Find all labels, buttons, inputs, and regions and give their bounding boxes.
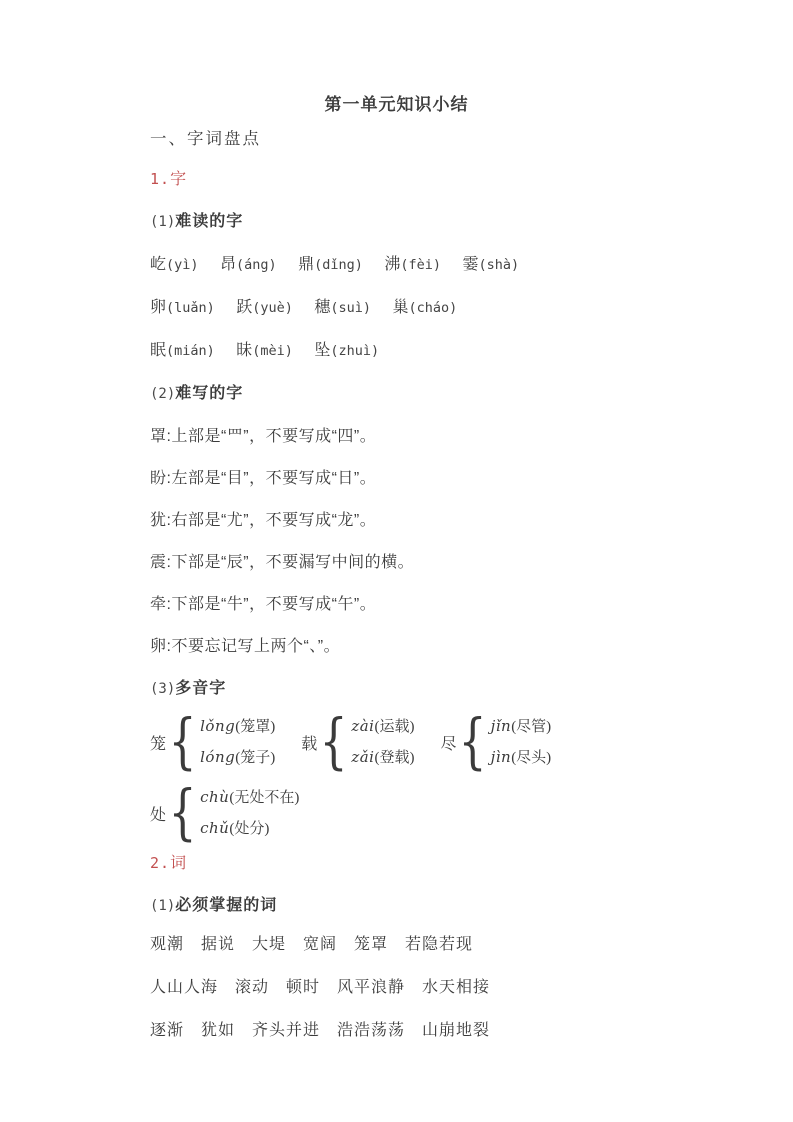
char-entry: 昂(áng) (220, 256, 277, 273)
pronunciation-option: chù(无处不在) (200, 782, 299, 813)
write-tip-line: 震:下部是“辰”，不要漏写中间的横。 (150, 554, 683, 571)
pinyin: (zhuì) (330, 343, 379, 359)
hanzi: 鼎 (298, 256, 314, 273)
char-entry: 巢(cháo) (392, 299, 457, 316)
part-label: 必须掌握的词 (175, 897, 277, 914)
brace-glyph: { (168, 708, 196, 777)
hard-read-row: 眠(mián) 昧(mèi) 坠(zhuì) (150, 342, 683, 360)
hanzi: 沸 (384, 256, 400, 273)
part-heading-hard-to-write: (2)难写的字 (150, 385, 683, 403)
hanzi: 霎 (462, 256, 478, 273)
pinyin: (suì) (330, 300, 371, 316)
char-entry: 眠(mián) (150, 342, 215, 359)
write-tip-line: 卵:不要忘记写上两个“、”。 (150, 638, 683, 655)
hard-read-row: 卵(luǎn) 跃(yuè) 穗(suì) 巢(cháo) (150, 299, 683, 317)
part-heading-hard-to-read: (1)难读的字 (150, 213, 683, 231)
pinyin: chù (200, 788, 229, 806)
hanzi: 屹 (150, 256, 166, 273)
brace-glyph: { (168, 779, 196, 848)
example-word: (无处不在) (229, 790, 299, 806)
hanzi: 昂 (220, 256, 236, 273)
word-list-row: 人山人海 滚动 顿时 风平浪静 水天相接 (150, 979, 683, 996)
part-label: 难写的字 (175, 385, 243, 402)
hanzi: 卵 (150, 299, 166, 316)
pinyin: jǐn (491, 717, 512, 735)
write-tip-line: 牵:下部是“牛”，不要写成“午”。 (150, 596, 683, 613)
polyphone-hanzi: 尽 (440, 731, 456, 754)
pinyin: (yì) (166, 257, 199, 273)
pinyin: (mián) (166, 343, 215, 359)
example-word: (尽头) (511, 750, 551, 766)
part-heading-polyphone: (3)多音字 (150, 680, 683, 698)
example-word: (尽管) (511, 719, 551, 735)
pinyin: lóng (200, 748, 235, 766)
polyphone-group: 处 { chù(无处不在) chǔ(处分) (150, 782, 299, 844)
pinyin: zǎi (351, 748, 374, 766)
polyphone-row: 笼 { lǒng(笼罩) lóng(笼子) 载 { zài(运载) zǎi(登载… (150, 711, 683, 773)
hanzi: 坠 (314, 342, 330, 359)
pronunciation-option: chǔ(处分) (200, 813, 299, 844)
page-title: 第一单元知识小结 (110, 96, 683, 114)
hard-read-row: 屹(yì) 昂(áng) 鼎(dǐng) 沸(fèi) 霎(shà) (150, 256, 683, 274)
hanzi: 巢 (392, 299, 408, 316)
example-word: (笼罩) (235, 719, 275, 735)
polyphone-group: 尽 { jǐn(尽管) jìn(尽头) (440, 711, 551, 773)
example-word: (运载) (374, 719, 414, 735)
pronunciation-option: zǎi(登载) (351, 742, 414, 773)
hanzi: 跃 (236, 299, 252, 316)
pinyin: (shà) (478, 257, 519, 273)
part-label: 难读的字 (175, 213, 243, 230)
document-page: 第一单元知识小结 一、字词盘点 1.字 (1)难读的字 屹(yì) 昂(áng)… (0, 0, 793, 1122)
pinyin: zài (351, 717, 374, 735)
part-number: (1) (150, 898, 175, 914)
char-entry: 穗(suì) (314, 299, 371, 316)
char-entry: 屹(yì) (150, 256, 199, 273)
hanzi: 穗 (314, 299, 330, 316)
write-tip-line: 犹:右部是“尤”，不要写成“龙”。 (150, 512, 683, 529)
subsection-2-number: 2. (150, 854, 170, 872)
pinyin: (cháo) (408, 300, 457, 316)
polyphone-hanzi: 笼 (150, 731, 166, 754)
polyphone-group: 笼 { lǒng(笼罩) lóng(笼子) (150, 711, 275, 773)
polyphone-hanzi: 载 (301, 731, 317, 754)
pronunciation-option: jǐn(尽管) (491, 711, 552, 742)
part-number: (1) (150, 214, 175, 230)
pronunciation-option: lóng(笼子) (200, 742, 275, 773)
subsection-2-label: 词 (170, 855, 187, 872)
pronunciation-option: zài(运载) (351, 711, 414, 742)
pinyin: (fèi) (400, 257, 441, 273)
char-entry: 沸(fèi) (384, 256, 441, 273)
brace-glyph: { (459, 708, 487, 777)
brace-glyph: { (320, 708, 348, 777)
hanzi: 眠 (150, 342, 166, 359)
pinyin: (luǎn) (166, 300, 215, 316)
char-entry: 坠(zhuì) (314, 342, 379, 359)
word-list-row: 逐渐 犹如 齐头并进 浩浩荡荡 山崩地裂 (150, 1022, 683, 1039)
word-list-row: 观潮 据说 大堤 宽阔 笼罩 若隐若现 (150, 936, 683, 953)
pronunciation-option: lǒng(笼罩) (200, 711, 275, 742)
polyphone-row: 处 { chù(无处不在) chǔ(处分) (150, 782, 683, 844)
pinyin: (yuè) (252, 300, 293, 316)
pinyin: lǒng (200, 717, 235, 735)
char-entry: 卵(luǎn) (150, 299, 215, 316)
part-number: (2) (150, 386, 175, 402)
write-tip-line: 盼:左部是“目”，不要写成“日”。 (150, 470, 683, 487)
pinyin: chǔ (200, 819, 229, 837)
pinyin: (áng) (236, 257, 277, 273)
subsection-1-number: 1. (150, 170, 170, 188)
char-entry: 霎(shà) (462, 256, 519, 273)
part-number: (3) (150, 681, 175, 697)
char-entry: 跃(yuè) (236, 299, 293, 316)
char-entry: 昧(mèi) (236, 342, 293, 359)
subsection-1-heading: 1.字 (150, 171, 683, 188)
example-word: (登载) (374, 750, 414, 766)
part-heading-must-know-words: (1)必须掌握的词 (150, 897, 683, 915)
hanzi: 昧 (236, 342, 252, 359)
part-label: 多音字 (175, 680, 226, 697)
subsection-2-heading: 2.词 (150, 855, 683, 872)
pinyin: jìn (491, 748, 512, 766)
char-entry: 鼎(dǐng) (298, 256, 363, 273)
write-tip-line: 罩:上部是“罒”，不要写成“四”。 (150, 428, 683, 445)
polyphone-hanzi: 处 (150, 802, 166, 825)
subsection-1-label: 字 (170, 171, 187, 188)
section-heading: 一、字词盘点 (150, 130, 683, 147)
polyphone-group: 载 { zài(运载) zǎi(登载) (301, 711, 414, 773)
example-word: (处分) (229, 821, 269, 837)
pinyin: (mèi) (252, 343, 293, 359)
pronunciation-option: jìn(尽头) (491, 742, 552, 773)
example-word: (笼子) (235, 750, 275, 766)
pinyin: (dǐng) (314, 257, 363, 273)
